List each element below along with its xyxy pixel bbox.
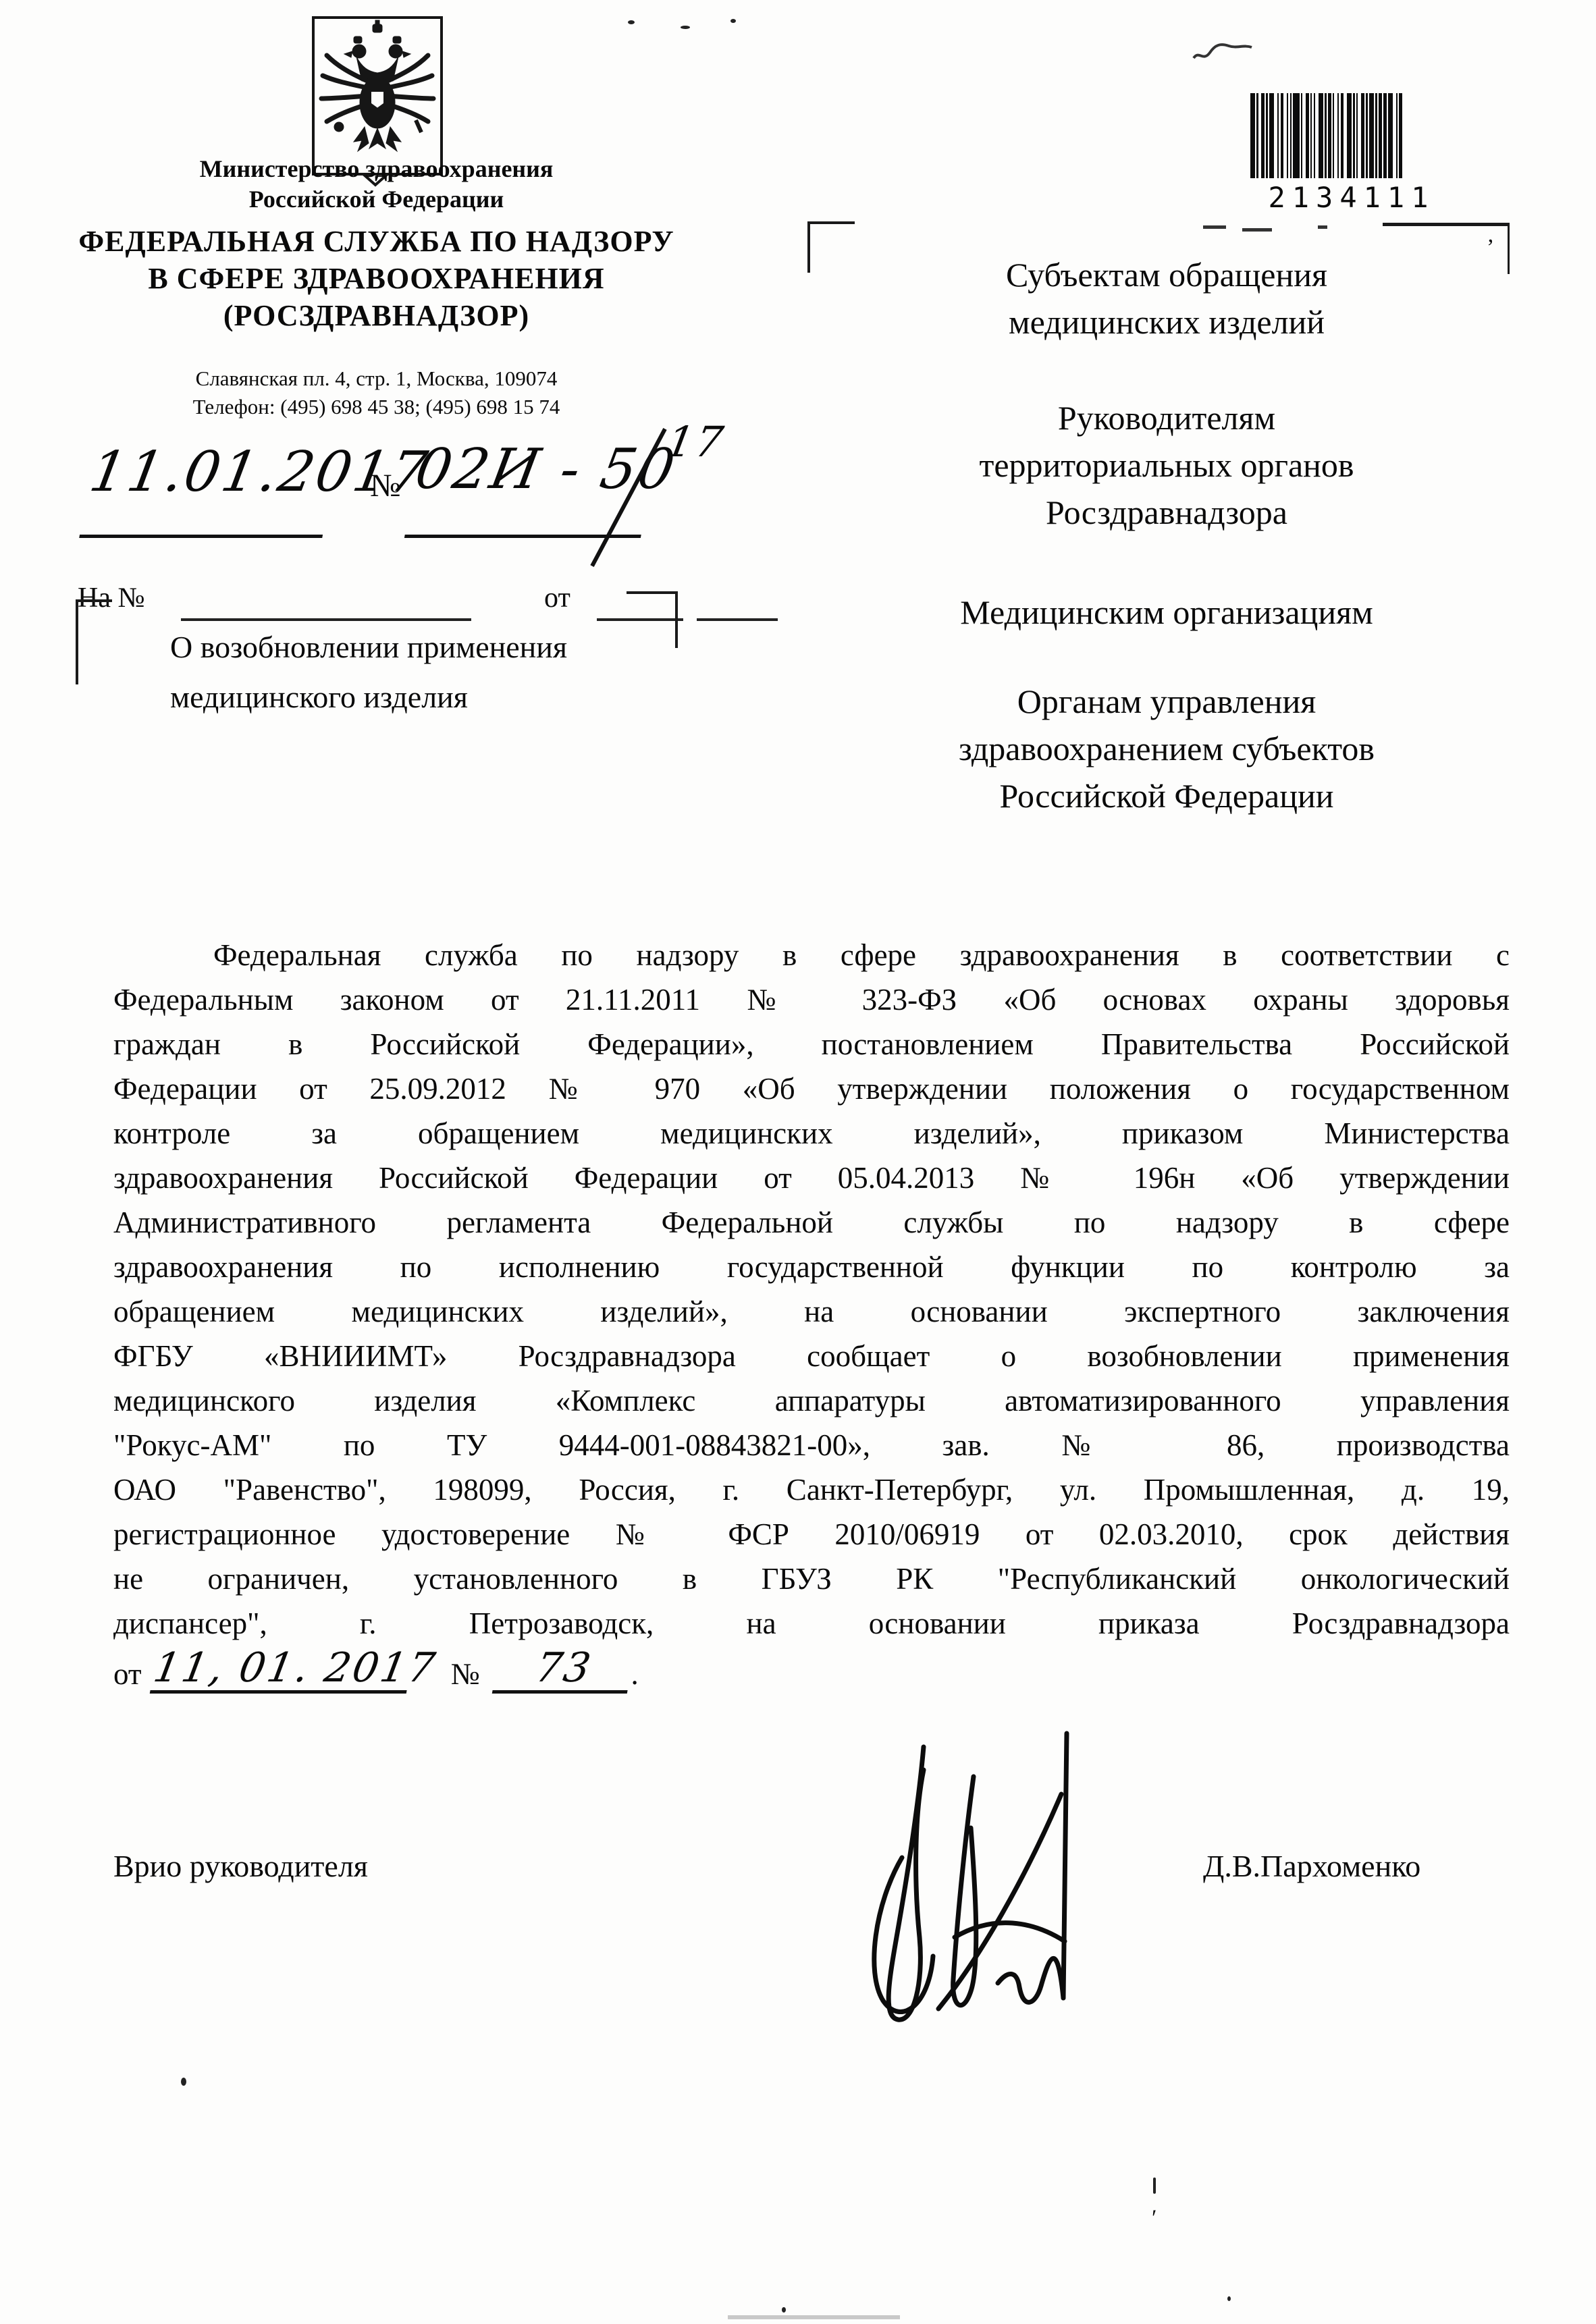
scan-streak <box>728 2315 900 2319</box>
body-line: ОАО "Равенство", 198099, Россия, г. Санк… <box>113 1467 1510 1512</box>
letterhead-phone: Телефон: (495) 698 45 38; (495) 698 15 7… <box>41 393 712 421</box>
body-line: не ограничен, установленного в ГБУЗ РК "… <box>113 1557 1510 1601</box>
body-line: Федерации от 25.09.2012 № 970 «Об утверж… <box>113 1066 1510 1111</box>
reply-number-blank <box>181 618 471 621</box>
body-line: Федеральным законом от 21.11.2011 № 323-… <box>113 977 1510 1022</box>
service-line2: В СФЕРЕ ЗДРАВООХРАНЕНИЯ <box>27 260 726 297</box>
recipient-group: Медицинским организациям <box>816 589 1518 636</box>
recipient-line: Медицинским организациям <box>816 589 1518 636</box>
address-zone-line <box>1383 223 1510 226</box>
outgoing-number-handwritten: 02И - 50 <box>404 437 658 538</box>
recipient-line: Субъектам обращения <box>816 251 1518 298</box>
recipient-line: территориальных органов <box>816 441 1518 489</box>
scan-speck <box>181 2078 186 2086</box>
service-line1: ФЕДЕРАЛЬНАЯ СЛУЖБА ПО НАДЗОРУ <box>27 223 726 260</box>
scan-speck <box>730 19 736 23</box>
ministry-line1: Министерство здравоохранения <box>41 154 712 184</box>
signer-name: Д.В.Пархоменко <box>1203 1848 1420 1884</box>
body-line: медицинского изделия «Комплекс аппаратур… <box>113 1378 1510 1423</box>
body-line: ФГБУ «ВНИИИМТ» Росздравнадзора сообщает … <box>113 1334 1510 1378</box>
recipient-line: Российской Федерации <box>816 772 1518 819</box>
letterhead-contacts: Славянская пл. 4, стр. 1, Москва, 109074… <box>41 364 712 421</box>
letter-body: Федеральная служба по надзору в сфере зд… <box>113 933 1510 1696</box>
outgoing-number-suffix-handwritten: 17 <box>663 417 729 466</box>
scanned-letter-page: Министерство здравоохранения Российской … <box>0 0 1596 2324</box>
body-line: Федеральная служба по надзору в сфере зд… <box>113 933 1510 977</box>
order-number-sign: № <box>451 1652 480 1696</box>
subject-corner-mark-left <box>76 599 112 684</box>
closing-line: от 11, 01. 2017 № 73 . <box>113 1648 1510 1696</box>
scan-speck <box>1153 2178 1156 2194</box>
body-line: граждан в Российской Федерации», постано… <box>113 1022 1510 1066</box>
recipient-group: Органам управления здравоохранением субъ… <box>816 678 1518 819</box>
recipient-group: Руководителям территориальных органов Ро… <box>816 394 1518 536</box>
pen-tick-mark: ʹ <box>1152 2206 1156 2232</box>
russian-coat-of-arms-icon <box>312 16 443 175</box>
recipients-block: Субъектам обращения медицинских изделий … <box>816 251 1518 819</box>
ministry-name: Министерство здравоохранения Российской … <box>41 154 712 215</box>
subject-line1: О возобновлении применения <box>170 622 629 672</box>
scan-speck <box>782 2307 786 2313</box>
recipient-line: Руководителям <box>816 394 1518 441</box>
handwritten-signature <box>859 1714 1115 2038</box>
order-date-handwritten: 11, 01. 2017 <box>149 1646 415 1694</box>
ministry-line2: Российской Федерации <box>41 184 712 215</box>
letterhead-address: Славянская пл. 4, стр. 1, Москва, 109074 <box>41 364 712 393</box>
recipient-group: Субъектам обращения медицинских изделий <box>816 251 1518 346</box>
barcode <box>1250 93 1453 178</box>
order-number-handwritten: 73 <box>491 1646 635 1694</box>
scan-speck <box>628 20 635 24</box>
signer-position: Врио руководителя <box>113 1848 368 1884</box>
body-line: контроле за обращением медицинских издел… <box>113 1111 1510 1156</box>
body-line: Административного регламента Федеральной… <box>113 1200 1510 1245</box>
address-zone-dash <box>1242 228 1272 232</box>
address-zone-dash <box>1203 225 1226 229</box>
address-zone-dash <box>1318 225 1327 229</box>
body-line: здравоохранения по исполнению государств… <box>113 1245 1510 1289</box>
barcode-number: 2134111 <box>1250 181 1453 214</box>
recipient-line: Росздравнадзора <box>816 489 1518 536</box>
subject-corner-mark-right <box>627 591 678 648</box>
service-name: ФЕДЕРАЛЬНАЯ СЛУЖБА ПО НАДЗОРУ В СФЕРЕ ЗД… <box>27 223 726 334</box>
reply-date-blank <box>697 618 778 621</box>
outgoing-date-handwritten: 11.01.2017 <box>79 440 340 538</box>
closing-prefix: от <box>113 1652 142 1696</box>
recipient-line: здравоохранением субъектов <box>816 725 1518 772</box>
body-line: диспансер", г. Петрозаводск, на основани… <box>113 1601 1510 1646</box>
body-line: регистрационное удостоверение № ФСР 2010… <box>113 1512 1510 1557</box>
body-line: "Рокус-АМ" по ТУ 9444-001-08843821-00», … <box>113 1423 1510 1467</box>
body-line: обращением медицинских изделий», на осно… <box>113 1289 1510 1334</box>
subject-line2: медицинского изделия <box>170 672 629 722</box>
pen-squiggle-mark <box>1190 35 1257 69</box>
body-line: здравоохранения Российской Федерации от … <box>113 1156 1510 1200</box>
recipient-line: медицинских изделий <box>816 298 1518 346</box>
reply-from-label: от <box>544 582 570 614</box>
subject-block: О возобновлении применения медицинского … <box>170 622 629 722</box>
outgoing-number-sign: № <box>370 467 401 504</box>
service-line3: (РОСЗДРАВНАДЗОР) <box>27 297 726 334</box>
scan-speck <box>681 26 690 29</box>
scan-speck <box>1227 2296 1231 2301</box>
recipient-line: Органам управления <box>816 678 1518 725</box>
